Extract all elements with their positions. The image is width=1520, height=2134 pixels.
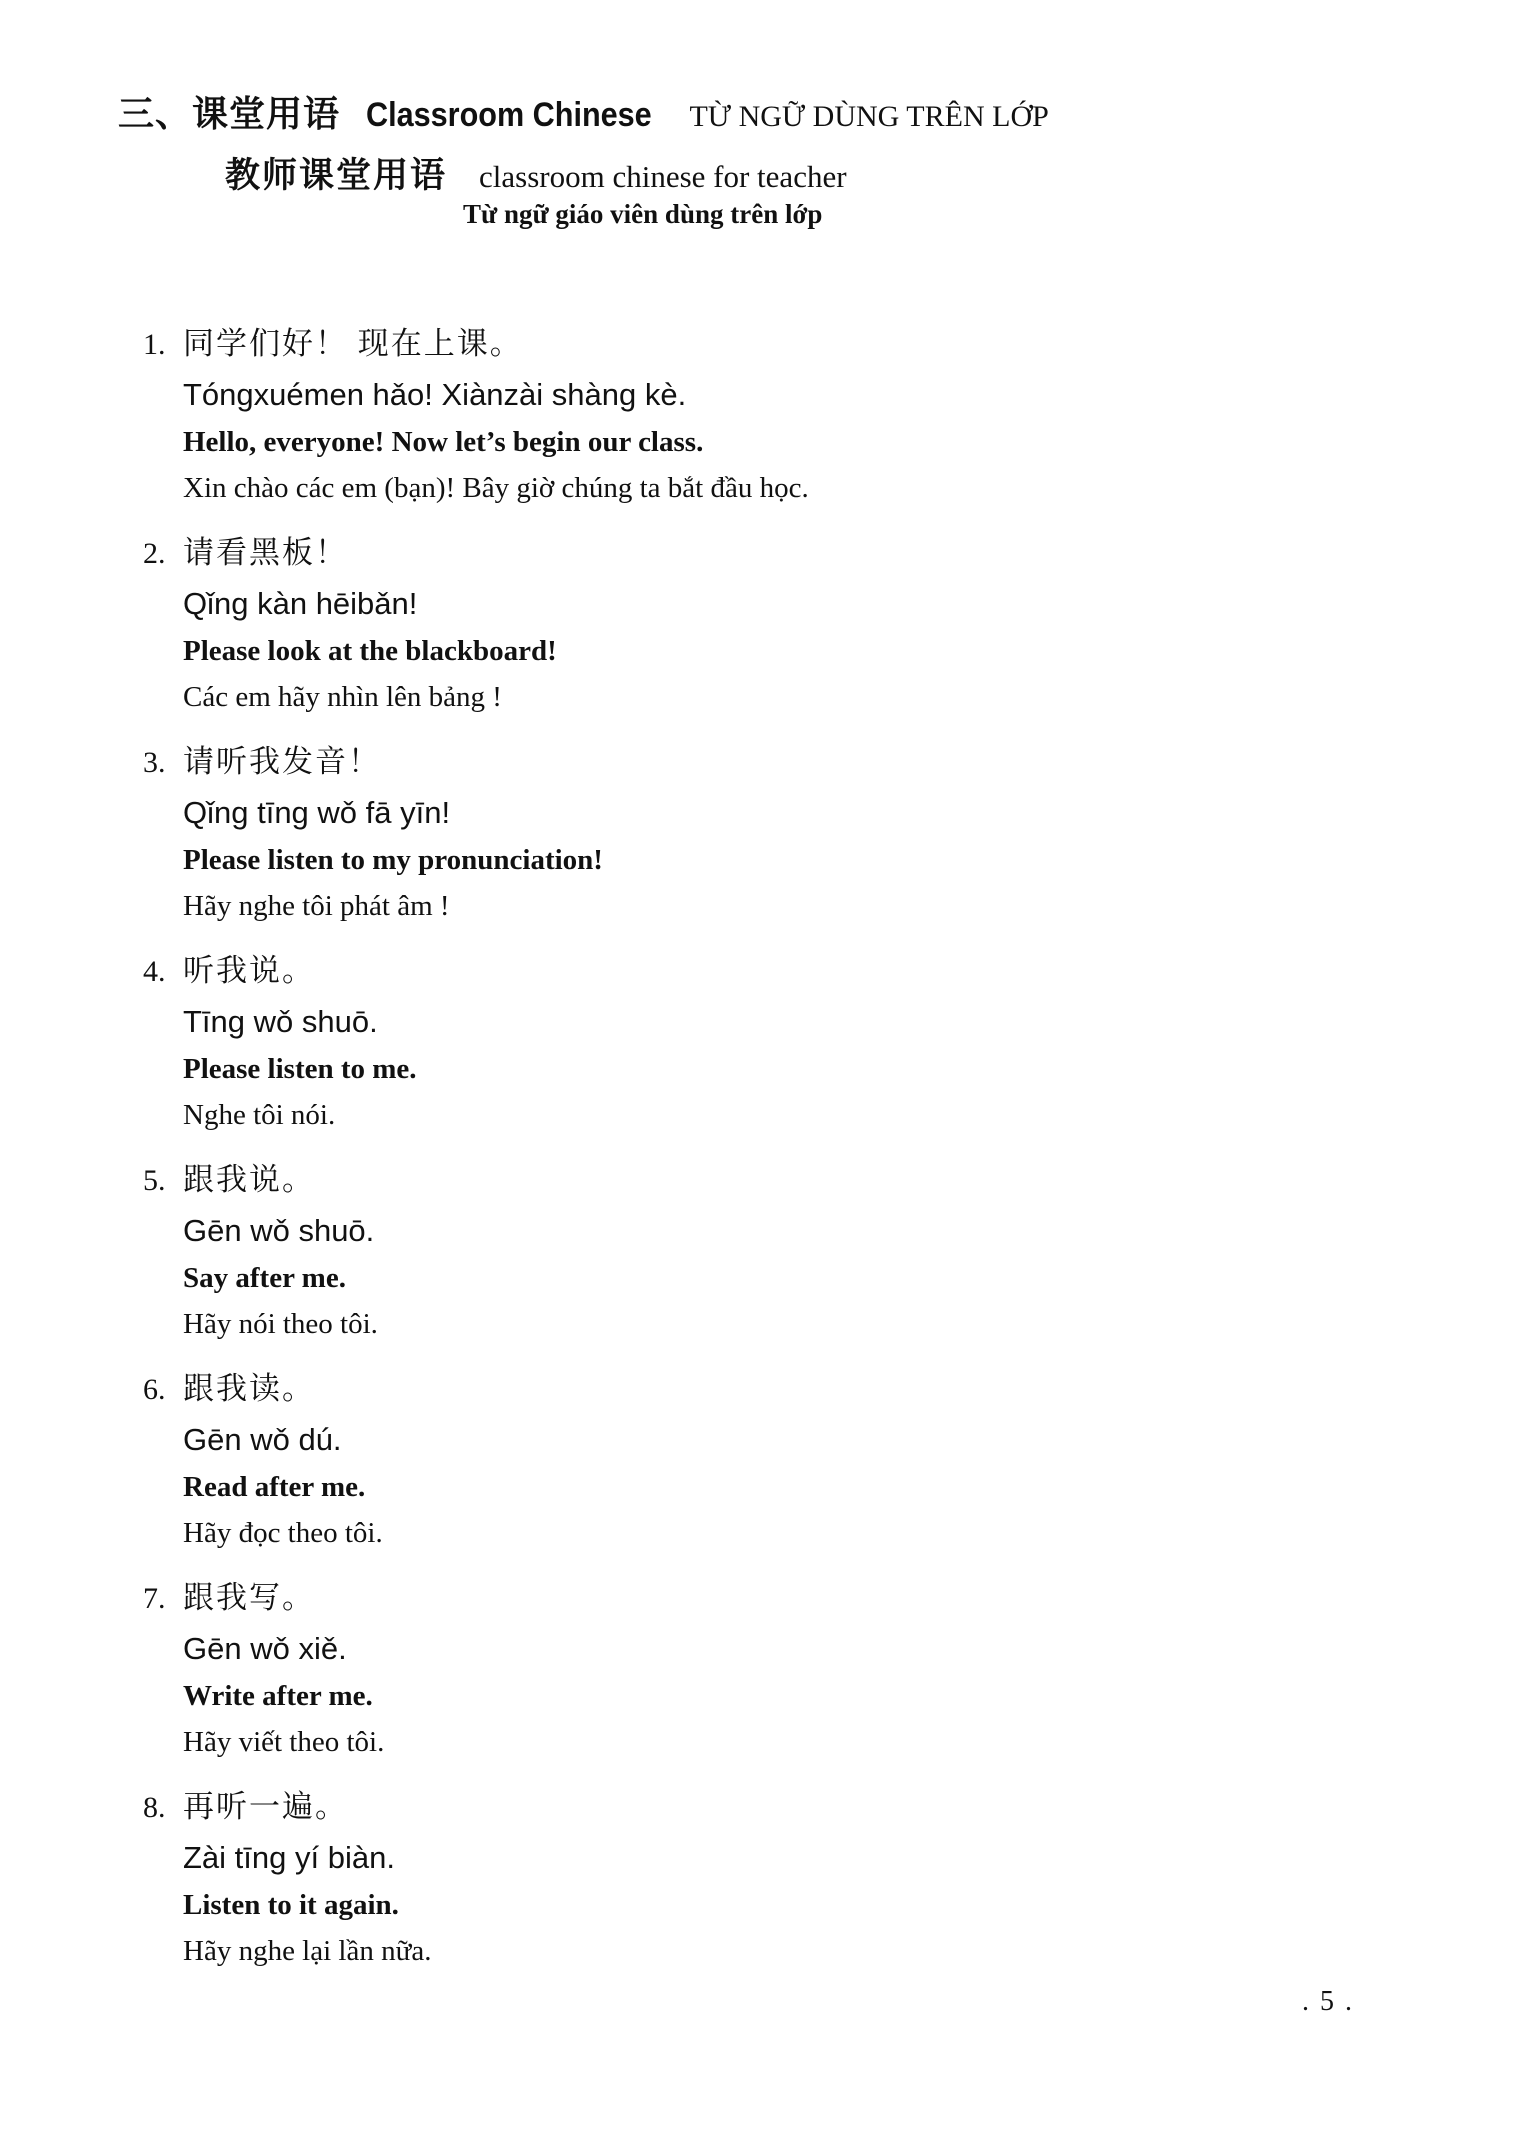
vietnamese-line: Hãy viết theo tôi. — [183, 1719, 1373, 1765]
chinese-sentence: 请听我发音！ — [183, 744, 381, 779]
phrase-item-7: 7.跟我写。 Gēn wǒ xiě. Write after me. Hãy v… — [143, 1572, 1373, 1765]
english-line: Read after me. — [183, 1464, 1373, 1510]
chinese-line: 7.跟我写。 — [143, 1572, 1373, 1625]
vietnamese-line: Xin chào các em (bạn)! Bây giờ chúng ta … — [183, 465, 1373, 511]
chinese-sentence: 跟我读。 — [183, 1371, 315, 1406]
subsection-heading-vietnamese: Từ ngữ giáo viên dùng trên lớp — [463, 199, 822, 230]
pinyin-line: Gēn wǒ shuō. — [183, 1207, 1373, 1255]
subsection-heading: 教师课堂用语 classroom chinese for teacher — [225, 148, 847, 198]
phrase-item-4: 4.听我说。 Tīng wǒ shuō. Please listen to me… — [143, 945, 1373, 1138]
item-number: 5. — [143, 1155, 183, 1207]
item-number: 8. — [143, 1782, 183, 1834]
document-page: 三、课堂用语 Classroom Chinese TỪ NGỮ DÙNG TRÊ… — [0, 0, 1520, 2134]
english-line: Please listen to my pronunciation! — [183, 837, 1373, 883]
phrase-item-2: 2.请看黑板！ Qǐng kàn hēibǎn! Please look at … — [143, 527, 1373, 720]
chinese-line: 5.跟我说。 — [143, 1154, 1373, 1207]
pinyin-line: Tóngxuémen hǎo! Xiànzài shàng kè. — [183, 371, 1373, 419]
vietnamese-line: Nghe tôi nói. — [183, 1092, 1373, 1138]
section-heading-vietnamese: TỪ NGỮ DÙNG TRÊN LỚP — [689, 100, 1048, 134]
chinese-line: 3.请听我发音！ — [143, 736, 1373, 789]
chinese-sentence: 跟我写。 — [183, 1580, 315, 1615]
phrase-item-8: 8.再听一遍。 Zài tīng yí biàn. Listen to it a… — [143, 1781, 1373, 1974]
vietnamese-line: Hãy nghe tôi phát âm ! — [183, 883, 1373, 929]
phrase-item-6: 6.跟我读。 Gēn wǒ dú. Read after me. Hãy đọc… — [143, 1363, 1373, 1556]
item-number: 3. — [143, 737, 183, 789]
section-heading-english: Classroom Chinese — [366, 96, 652, 135]
item-number: 1. — [143, 319, 183, 371]
vietnamese-line: Hãy nói theo tôi. — [183, 1301, 1373, 1347]
chinese-line: 4.听我说。 — [143, 945, 1373, 998]
item-number: 4. — [143, 946, 183, 998]
english-line: Please look at the blackboard! — [183, 628, 1373, 674]
section-heading-chinese: 三、课堂用语 — [118, 86, 340, 137]
chinese-sentence: 请看黑板！ — [183, 535, 348, 570]
pinyin-line: Qǐng kàn hēibǎn! — [183, 580, 1373, 628]
pinyin-line: Gēn wǒ dú. — [183, 1416, 1373, 1464]
item-number: 7. — [143, 1573, 183, 1625]
chinese-line: 6.跟我读。 — [143, 1363, 1373, 1416]
english-line: Say after me. — [183, 1255, 1373, 1301]
item-number: 6. — [143, 1364, 183, 1416]
english-line: Please listen to me. — [183, 1046, 1373, 1092]
section-heading: 三、课堂用语 Classroom Chinese TỪ NGỮ DÙNG TRÊ… — [118, 86, 1049, 137]
pinyin-line: Gēn wǒ xiě. — [183, 1625, 1373, 1673]
vietnamese-line: Hãy nghe lại lần nữa. — [183, 1928, 1373, 1974]
chinese-sentence: 跟我说。 — [183, 1162, 315, 1197]
item-number: 2. — [143, 528, 183, 580]
chinese-sentence: 再听一遍。 — [183, 1789, 348, 1824]
phrase-item-5: 5.跟我说。 Gēn wǒ shuō. Say after me. Hãy nó… — [143, 1154, 1373, 1347]
english-line: Listen to it again. — [183, 1882, 1373, 1928]
page-number: . 5 . — [1302, 1986, 1354, 2018]
vietnamese-line: Hãy đọc theo tôi. — [183, 1510, 1373, 1556]
english-line: Write after me. — [183, 1673, 1373, 1719]
vietnamese-line: Các em hãy nhìn lên bảng ! — [183, 674, 1373, 720]
phrase-item-1: 1.同学们好！ 现在上课。 Tóngxuémen hǎo! Xiànzài sh… — [143, 318, 1373, 511]
pinyin-line: Zài tīng yí biàn. — [183, 1834, 1373, 1882]
chinese-line: 2.请看黑板！ — [143, 527, 1373, 580]
subsection-heading-english: classroom chinese for teacher — [479, 159, 847, 195]
pinyin-line: Qǐng tīng wǒ fā yīn! — [183, 789, 1373, 837]
chinese-sentence: 同学们好！ 现在上课。 — [183, 326, 523, 361]
chinese-line: 1.同学们好！ 现在上课。 — [143, 318, 1373, 371]
chinese-line: 8.再听一遍。 — [143, 1781, 1373, 1834]
subsection-heading-chinese: 教师课堂用语 — [225, 148, 447, 198]
phrase-item-3: 3.请听我发音！ Qǐng tīng wǒ fā yīn! Please lis… — [143, 736, 1373, 929]
pinyin-line: Tīng wǒ shuō. — [183, 998, 1373, 1046]
phrase-list: 1.同学们好！ 现在上课。 Tóngxuémen hǎo! Xiànzài sh… — [143, 318, 1373, 1990]
chinese-sentence: 听我说。 — [183, 953, 315, 988]
english-line: Hello, everyone! Now let’s begin our cla… — [183, 419, 1373, 465]
